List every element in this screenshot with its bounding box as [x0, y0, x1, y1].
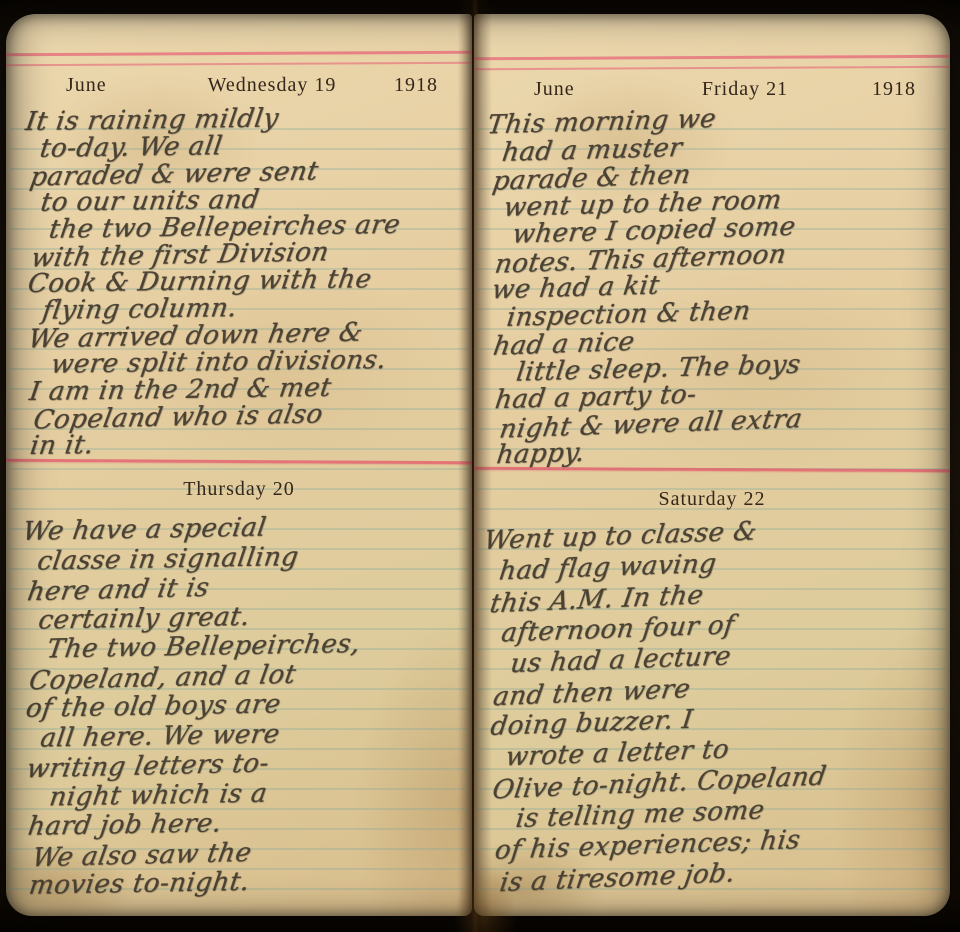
- entry-line: movies to-night.: [27, 864, 465, 901]
- day-label: Wednesday 19: [186, 74, 358, 97]
- month-label: June: [66, 74, 186, 97]
- year-label: 1918: [836, 78, 916, 101]
- diary-page-left: June Wednesday 19 1918 It is raining mil…: [6, 14, 472, 916]
- entry-line: in it.: [28, 427, 462, 460]
- page-header-friday: June Friday 21 1918: [474, 78, 950, 101]
- diary-photo: June Wednesday 19 1918 It is raining mil…: [0, 0, 960, 932]
- day-label: Friday 21: [654, 78, 836, 101]
- top-margin-line: [6, 51, 472, 66]
- handwritten-entry-wednesday: It is raining mildlyto-day. We allparade…: [26, 103, 461, 460]
- handwritten-entry-friday: This morning wehad a musterparade & then…: [487, 100, 943, 470]
- day-label: Saturday 22: [658, 488, 765, 510]
- date-separator-line: [474, 467, 950, 472]
- diary-page-right: June Friday 21 1918 This morning wehad a…: [474, 14, 950, 916]
- handwritten-entry-saturday: Went up to classe &had flag wavingthis A…: [484, 510, 945, 897]
- page-header-saturday: Saturday 22: [474, 488, 950, 511]
- handwritten-entry-thursday: We have a specialclasse in signallingher…: [23, 510, 464, 901]
- top-margin-line: [474, 55, 950, 70]
- month-label: June: [534, 78, 654, 101]
- page-header-wednesday: June Wednesday 19 1918: [6, 74, 472, 97]
- date-separator-line: [6, 459, 472, 464]
- year-label: 1918: [358, 74, 438, 97]
- day-label: Thursday 20: [183, 478, 295, 500]
- page-header-thursday: Thursday 20: [6, 478, 472, 501]
